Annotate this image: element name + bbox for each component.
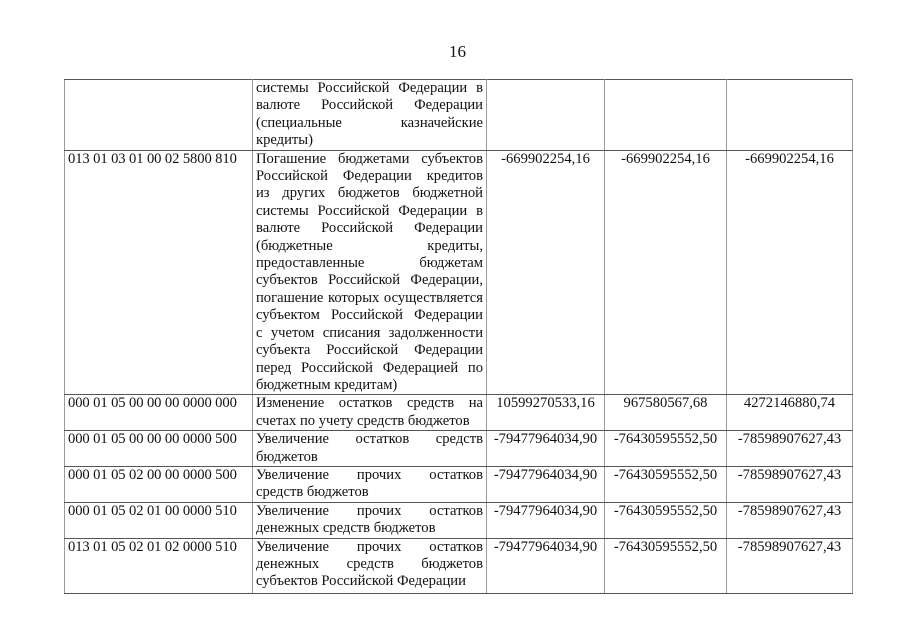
amount-cell-year-2: -76430595552,50 <box>605 466 727 502</box>
amount-cell-year-1 <box>487 80 605 151</box>
description-line: перед Российской Федерацией по <box>256 360 483 377</box>
description-line: субъекта Российской Федерации <box>256 342 483 359</box>
description-line: (специальные казначейские <box>256 115 483 132</box>
description-line: Увеличение прочих остатков <box>256 467 483 484</box>
table-row: 013 01 05 02 01 02 0000 510Увеличение пр… <box>65 538 853 593</box>
description-line: предоставленные бюджетам <box>256 255 483 272</box>
table-row: 000 01 05 00 00 00 0000 000Изменение ост… <box>65 395 853 431</box>
budget-code-cell: 013 01 03 01 00 02 5800 810 <box>65 150 253 395</box>
table-body: системы Российской Федерации ввалюте Рос… <box>65 80 853 594</box>
description-line: счетах по учету средств бюджетов <box>256 413 483 430</box>
description-line: Изменение остатков средств на <box>256 395 483 412</box>
description-line: субъектов Российской Федерации <box>256 573 483 590</box>
description-line: бюджетным кредитам) <box>256 377 483 394</box>
amount-cell-year-3: -78598907627,43 <box>727 502 853 538</box>
budget-code-cell: 000 01 05 00 00 00 0000 500 <box>65 431 253 467</box>
description-line: из других бюджетов бюджетной <box>256 185 483 202</box>
budget-code-cell: 013 01 05 02 01 02 0000 510 <box>65 538 253 593</box>
budget-code-cell <box>65 80 253 151</box>
budget-code-cell: 000 01 05 02 01 00 0000 510 <box>65 502 253 538</box>
description-line: Увеличение прочих остатков <box>256 539 483 556</box>
amount-cell-year-3: -78598907627,43 <box>727 431 853 467</box>
description-cell: Увеличение прочих остатковденежных средс… <box>253 502 487 538</box>
amount-cell-year-3: -669902254,16 <box>727 150 853 395</box>
amount-cell-year-2: -76430595552,50 <box>605 538 727 593</box>
amount-cell-year-1: -79477964034,90 <box>487 502 605 538</box>
amount-cell-year-2 <box>605 80 727 151</box>
table-row: системы Российской Федерации ввалюте Рос… <box>65 80 853 151</box>
table-row: 013 01 03 01 00 02 5800 810Погашение бюд… <box>65 150 853 395</box>
amount-cell-year-2: -76430595552,50 <box>605 502 727 538</box>
amount-cell-year-3: -78598907627,43 <box>727 466 853 502</box>
description-cell: Погашение бюджетами субъектовРоссийской … <box>253 150 487 395</box>
description-line: Погашение бюджетами субъектов <box>256 151 483 168</box>
budget-code-cell: 000 01 05 02 00 00 0000 500 <box>65 466 253 502</box>
amount-cell-year-2: 967580567,68 <box>605 395 727 431</box>
description-line: денежных средств бюджетов <box>256 556 483 573</box>
description-line: системы Российской Федерации в <box>256 80 483 97</box>
description-cell: Увеличение прочих остатковсредств бюджет… <box>253 466 487 502</box>
description-line: валюте Российской Федерации <box>256 97 483 114</box>
table-row: 000 01 05 02 01 00 0000 510Увеличение пр… <box>65 502 853 538</box>
amount-cell-year-1: -79477964034,90 <box>487 466 605 502</box>
budget-code-cell: 000 01 05 00 00 00 0000 000 <box>65 395 253 431</box>
amount-cell-year-3 <box>727 80 853 151</box>
budget-sources-table: системы Российской Федерации ввалюте Рос… <box>64 79 853 594</box>
description-line: с учетом списания задолженности <box>256 325 483 342</box>
description-line: денежных средств бюджетов <box>256 520 483 537</box>
description-cell: системы Российской Федерации ввалюте Рос… <box>253 80 487 151</box>
amount-cell-year-1: -79477964034,90 <box>487 538 605 593</box>
amount-cell-year-2: -76430595552,50 <box>605 431 727 467</box>
table-row: 000 01 05 00 00 00 0000 500Увеличение ос… <box>65 431 853 467</box>
description-cell: Увеличение остатков средствбюджетов <box>253 431 487 467</box>
amount-cell-year-1: 10599270533,16 <box>487 395 605 431</box>
table-row: 000 01 05 02 00 00 0000 500Увеличение пр… <box>65 466 853 502</box>
description-line: бюджетов <box>256 449 483 466</box>
amount-cell-year-3: 4272146880,74 <box>727 395 853 431</box>
description-line: погашение которых осуществляется <box>256 290 483 307</box>
description-cell: Увеличение прочих остатковденежных средс… <box>253 538 487 593</box>
description-line: (бюджетные кредиты, <box>256 238 483 255</box>
amount-cell-year-1: -79477964034,90 <box>487 431 605 467</box>
page-number: 16 <box>0 42 905 62</box>
description-line: системы Российской Федерации в <box>256 203 483 220</box>
description-line: кредиты) <box>256 132 483 149</box>
description-line: валюте Российской Федерации <box>256 220 483 237</box>
description-line: средств бюджетов <box>256 484 483 501</box>
description-cell: Изменение остатков средств насчетах по у… <box>253 395 487 431</box>
amount-cell-year-3: -78598907627,43 <box>727 538 853 593</box>
description-line: субъектом Российской Федерации <box>256 307 483 324</box>
description-line: Увеличение остатков средств <box>256 431 483 448</box>
description-line: Российской Федерации кредитов <box>256 168 483 185</box>
description-line: субъектов Российской Федерации, <box>256 272 483 289</box>
description-line: Увеличение прочих остатков <box>256 503 483 520</box>
amount-cell-year-1: -669902254,16 <box>487 150 605 395</box>
amount-cell-year-2: -669902254,16 <box>605 150 727 395</box>
